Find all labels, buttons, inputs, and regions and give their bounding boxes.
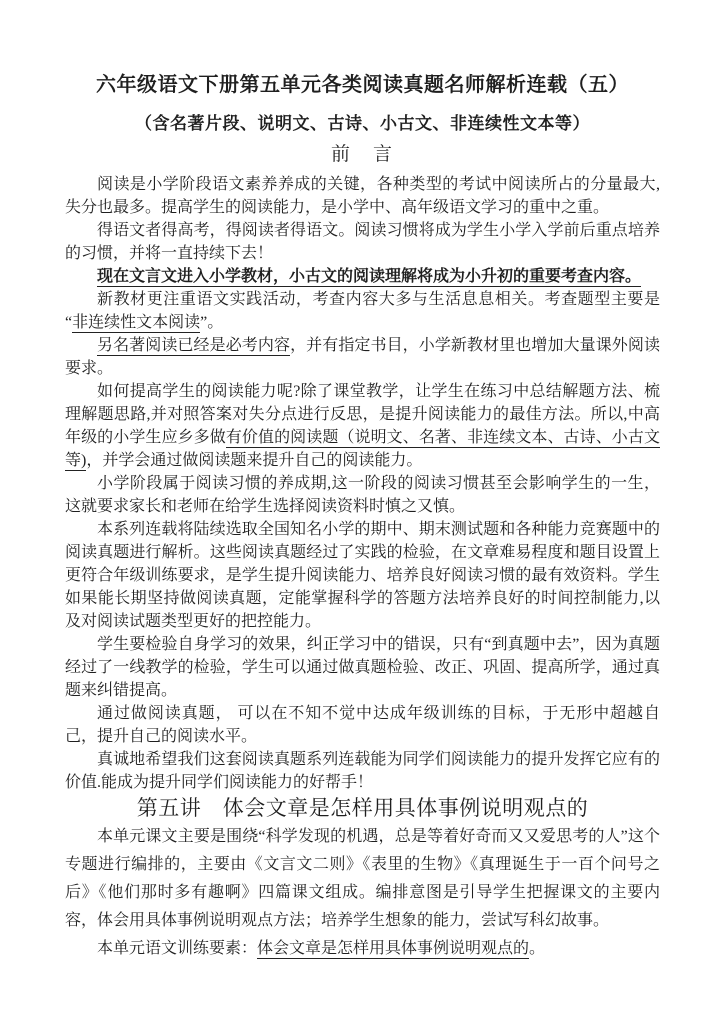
preface-heading: 前 言 xyxy=(65,142,660,168)
text-run: 本单元课文主要是围绕“科学发现的机遇，总是等着好奇而又又爱思考的人”这个专题进行… xyxy=(65,828,660,929)
text-run: 通过做阅读真题， 可以在不知不觉中达成年级训练的目标，于无形中超越自己，提升自己… xyxy=(65,705,660,745)
paragraph: 真诚地希望我们这套阅读真题系列连载能为同学们阅读能力的提升发挥它应有的价值.能成… xyxy=(65,748,660,794)
paragraph: 小学阶段属于阅读习惯的养成期,这一阶段的阅读习惯甚至会影响学生的一生，这就要求家… xyxy=(65,472,660,518)
paragraph: 学生要检验自身学习的效果，纠正学习中的错误，只有“到真题中去”，因为真题经过了一… xyxy=(65,633,660,702)
text-run: 。 xyxy=(529,940,545,957)
preface-body: 阅读是小学阶段语文素养养成的关键，各种类型的考试中阅读所占的分量最大,失分也最多… xyxy=(65,173,660,794)
paragraph: 另名著阅读已经是必考内容，并有指定书目，小学新教材里也增加大量课外阅读要求。 xyxy=(65,334,660,380)
paragraph: 本单元课文主要是围绕“科学发现的机遇，总是等着好奇而又又爱思考的人”这个专题进行… xyxy=(65,823,660,935)
section-body: 本单元课文主要是围绕“科学发现的机遇，总是等着好奇而又又爱思考的人”这个专题进行… xyxy=(65,823,660,963)
text-run: 学生要检验自身学习的效果，纠正学习中的错误，只有“到真题中去”，因为真题经过了一… xyxy=(65,636,660,699)
section-heading: 第五讲 体会文章是怎样用具体事例说明观点的 xyxy=(65,794,660,823)
paragraph: 本单元语文训练要素：体会文章是怎样用具体事例说明观点的。 xyxy=(65,935,660,963)
paragraph: 现在文言文进入小学教材，小古文的阅读理解将成为小升初的重要考查内容。 xyxy=(65,265,660,288)
document-title: 六年级语文下册第五单元各类阅读真题名师解析连载（五） xyxy=(65,72,660,98)
paragraph: 本系列连载将陆续选取全国知名小学的期中、期末测试题和各种能力竞赛题中的阅读真题进… xyxy=(65,518,660,633)
text-run: ，并学会通过做阅读题来提升自己的阅读能力。 xyxy=(86,452,422,469)
paragraph: 阅读是小学阶段语文素养养成的关键，各种类型的考试中阅读所占的分量最大,失分也最多… xyxy=(65,173,660,219)
text-run: 本系列连载将陆续选取全国知名小学的期中、期末测试题和各种能力竞赛题中的阅读真题进… xyxy=(65,521,660,630)
document-page: 六年级语文下册第五单元各类阅读真题名师解析连载（五） （含名著片段、说明文、古诗… xyxy=(0,0,724,1024)
underlined-text: 非连续性文本阅读 xyxy=(72,314,200,333)
text-run: 得语文者得高考，得阅读者得语文。阅读习惯将成为学生小学入学前后重点培养的习惯，并… xyxy=(65,222,660,262)
paragraph: 得语文者得高考，得阅读者得语文。阅读习惯将成为学生小学入学前后重点培养的习惯，并… xyxy=(65,219,660,265)
text-run: ”。 xyxy=(200,314,223,331)
document-subtitle: （含名著片段、说明文、古诗、小古文、非连续性文本等） xyxy=(65,112,660,136)
underlined-text: 体会文章是怎样用具体事例说明观点的 xyxy=(257,940,529,959)
underlined-text: 现在文言文进入小学教材，小古文的阅读理解将成为小升初的重要考查内容。 xyxy=(97,268,641,287)
text-run: 阅读是小学阶段语文素养养成的关键，各种类型的考试中阅读所占的分量最大,失分也最多… xyxy=(65,176,660,216)
text-run: 小学阶段属于阅读习惯的养成期,这一阶段的阅读习惯甚至会影响学生的一生，这就要求家… xyxy=(65,475,660,515)
paragraph: 如何提高学生的阅读能力呢?除了课堂教学，让学生在练习中总结解题方法、梳理解题思路… xyxy=(65,380,660,472)
paragraph: 通过做阅读真题， 可以在不知不觉中达成年级训练的目标，于无形中超越自己，提升自己… xyxy=(65,702,660,748)
underlined-text: 另名著阅读已经是必考内容 xyxy=(97,337,290,356)
text-run: 本单元语文训练要素： xyxy=(97,940,257,957)
paragraph: 新教材更注重语文实践活动，考查内容大多与生活息息相关。考查题型主要是“非连续性文… xyxy=(65,288,660,334)
text-run: 真诚地希望我们这套阅读真题系列连载能为同学们阅读能力的提升发挥它应有的价值.能成… xyxy=(65,751,660,791)
